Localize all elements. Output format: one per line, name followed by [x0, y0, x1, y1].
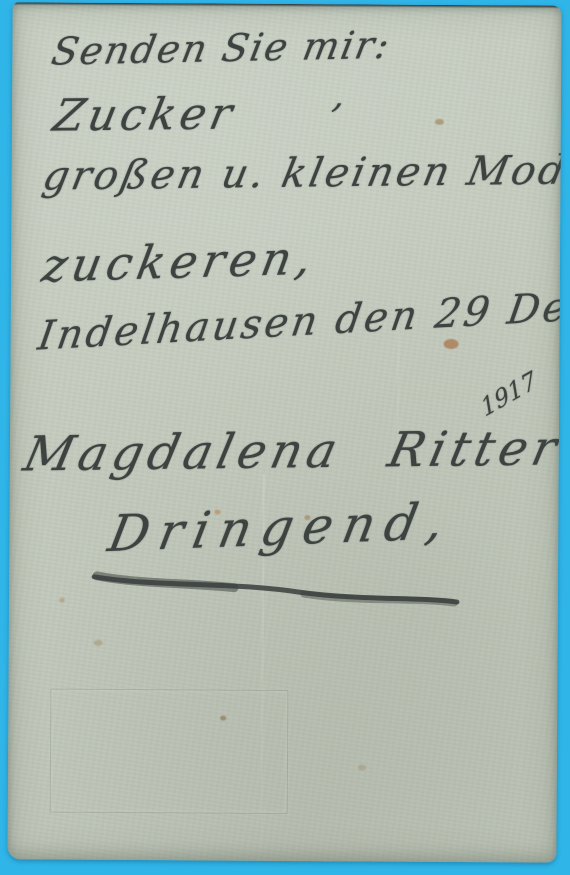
postcard: Senden Sie mir: , Zucker großen u. klein…: [7, 2, 561, 862]
postcard-photo: Senden Sie mir: , Zucker großen u. klein…: [0, 0, 570, 875]
underline-stroke: [7, 2, 561, 862]
